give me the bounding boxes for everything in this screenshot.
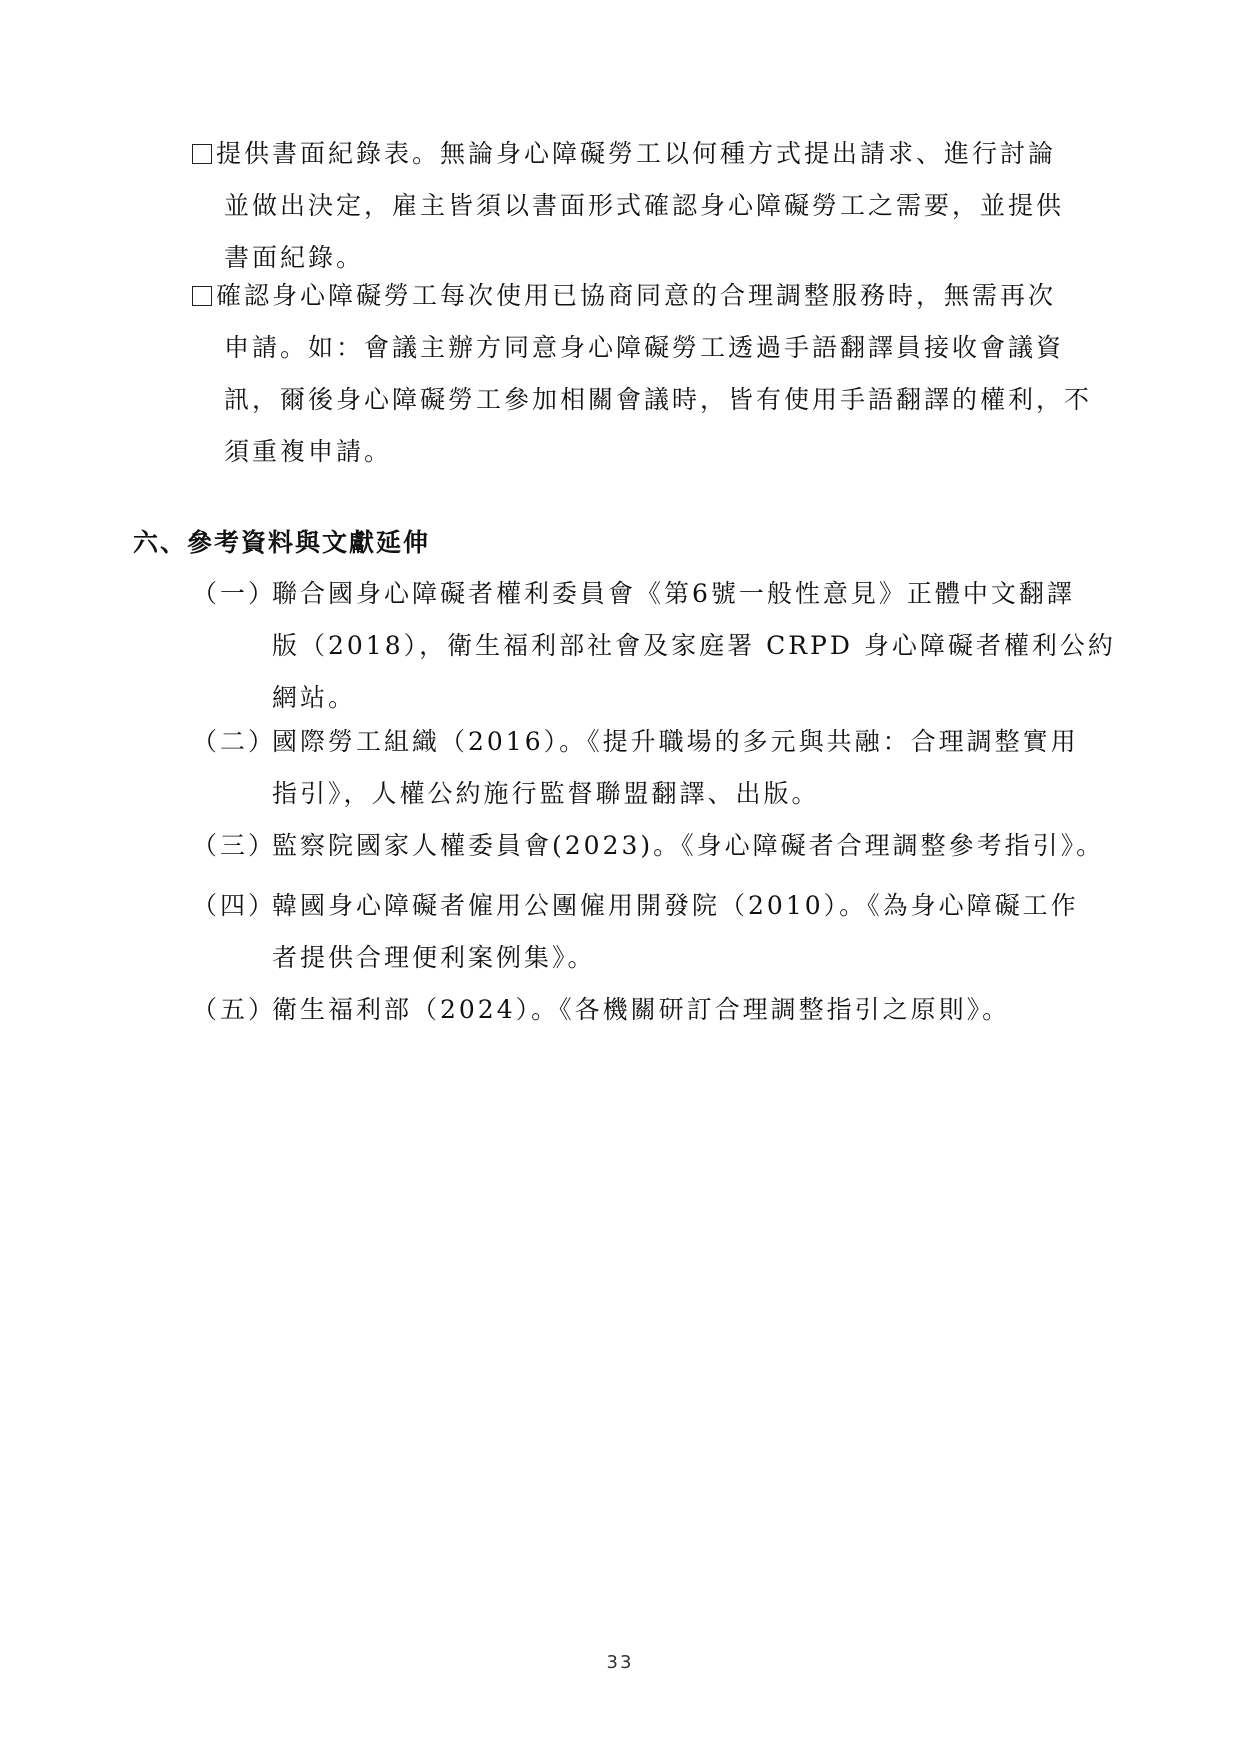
reference-number: （二）: [192, 716, 272, 768]
reference-item: （五）衛生福利部（2024）。《各機關研訂合理調整指引之原則》。: [192, 984, 1112, 1036]
reference-number: （三）: [192, 820, 272, 872]
checklist-line: 提供書面紀錄表。無論身心障礙勞工以何種方式提出請求、進行討論: [216, 139, 1056, 168]
reference-text: 衛生福利部（2024）。《各機關研訂合理調整指引之原則》。: [272, 995, 1010, 1024]
reference-number: （一）: [192, 568, 272, 620]
reference-text: 韓國身心障礙者僱用公團僱用開發院（2010）。《為身心障礙工作: [272, 891, 1079, 920]
section-heading: 六、參考資料與文獻延伸: [133, 517, 430, 569]
reference-text: 版（2018），衛生福利部社會及家庭署 CRPD 身心障礙者權利公約: [192, 620, 1112, 672]
reference-text: 指引》，人權公約施行監督聯盟翻譯、出版。: [192, 768, 1112, 820]
reference-text: 國際勞工組織（2016）。《提升職場的多元與共融：合理調整實用: [272, 727, 1079, 756]
checklist-line: 訊，爾後身心障礙勞工參加相關會議時，皆有使用手語翻譯的權利，不: [192, 374, 1102, 426]
reference-number: （四）: [192, 880, 272, 932]
checkbox-icon[interactable]: [192, 144, 212, 164]
checklist-line: 申請。如：會議主辦方同意身心障礙勞工透過手語翻譯員接收會議資: [192, 322, 1102, 374]
reference-item: （四）韓國身心障礙者僱用公團僱用開發院（2010）。《為身心障礙工作 者提供合理…: [192, 880, 1112, 984]
checklist-line: 確認身心障礙勞工每次使用已協商同意的合理調整服務時，無需再次: [216, 281, 1056, 310]
checklist-item-no-reapply: 確認身心障礙勞工每次使用已協商同意的合理調整服務時，無需再次 申請。如：會議主辦…: [192, 270, 1102, 478]
reference-item: （二）國際勞工組織（2016）。《提升職場的多元與共融：合理調整實用 指引》，人…: [192, 716, 1112, 820]
reference-item: （三）監察院國家人權委員會(2023)。《身心障礙者合理調整參考指引》。: [192, 820, 1112, 872]
checklist-line: 須重複申請。: [192, 426, 1102, 478]
reference-text: 監察院國家人權委員會(2023)。《身心障礙者合理調整參考指引》。: [272, 831, 1104, 860]
checkbox-icon[interactable]: [192, 286, 212, 306]
reference-text: 者提供合理便利案例集》。: [192, 932, 1112, 984]
page-number: 33: [0, 1652, 1240, 1673]
document-page: 提供書面紀錄表。無論身心障礙勞工以何種方式提出請求、進行討論 並做出決定，雇主皆…: [0, 0, 1240, 1755]
reference-item: （一）聯合國身心障礙者權利委員會《第6號一般性意見》正體中文翻譯 版（2018）…: [192, 568, 1112, 724]
checklist-line: 並做出決定，雇主皆須以書面形式確認身心障礙勞工之需要，並提供: [192, 180, 1102, 232]
reference-number: （五）: [192, 984, 272, 1036]
checklist-item-written-record: 提供書面紀錄表。無論身心障礙勞工以何種方式提出請求、進行討論 並做出決定，雇主皆…: [192, 128, 1102, 284]
reference-text: 聯合國身心障礙者權利委員會《第6號一般性意見》正體中文翻譯: [272, 579, 1075, 608]
